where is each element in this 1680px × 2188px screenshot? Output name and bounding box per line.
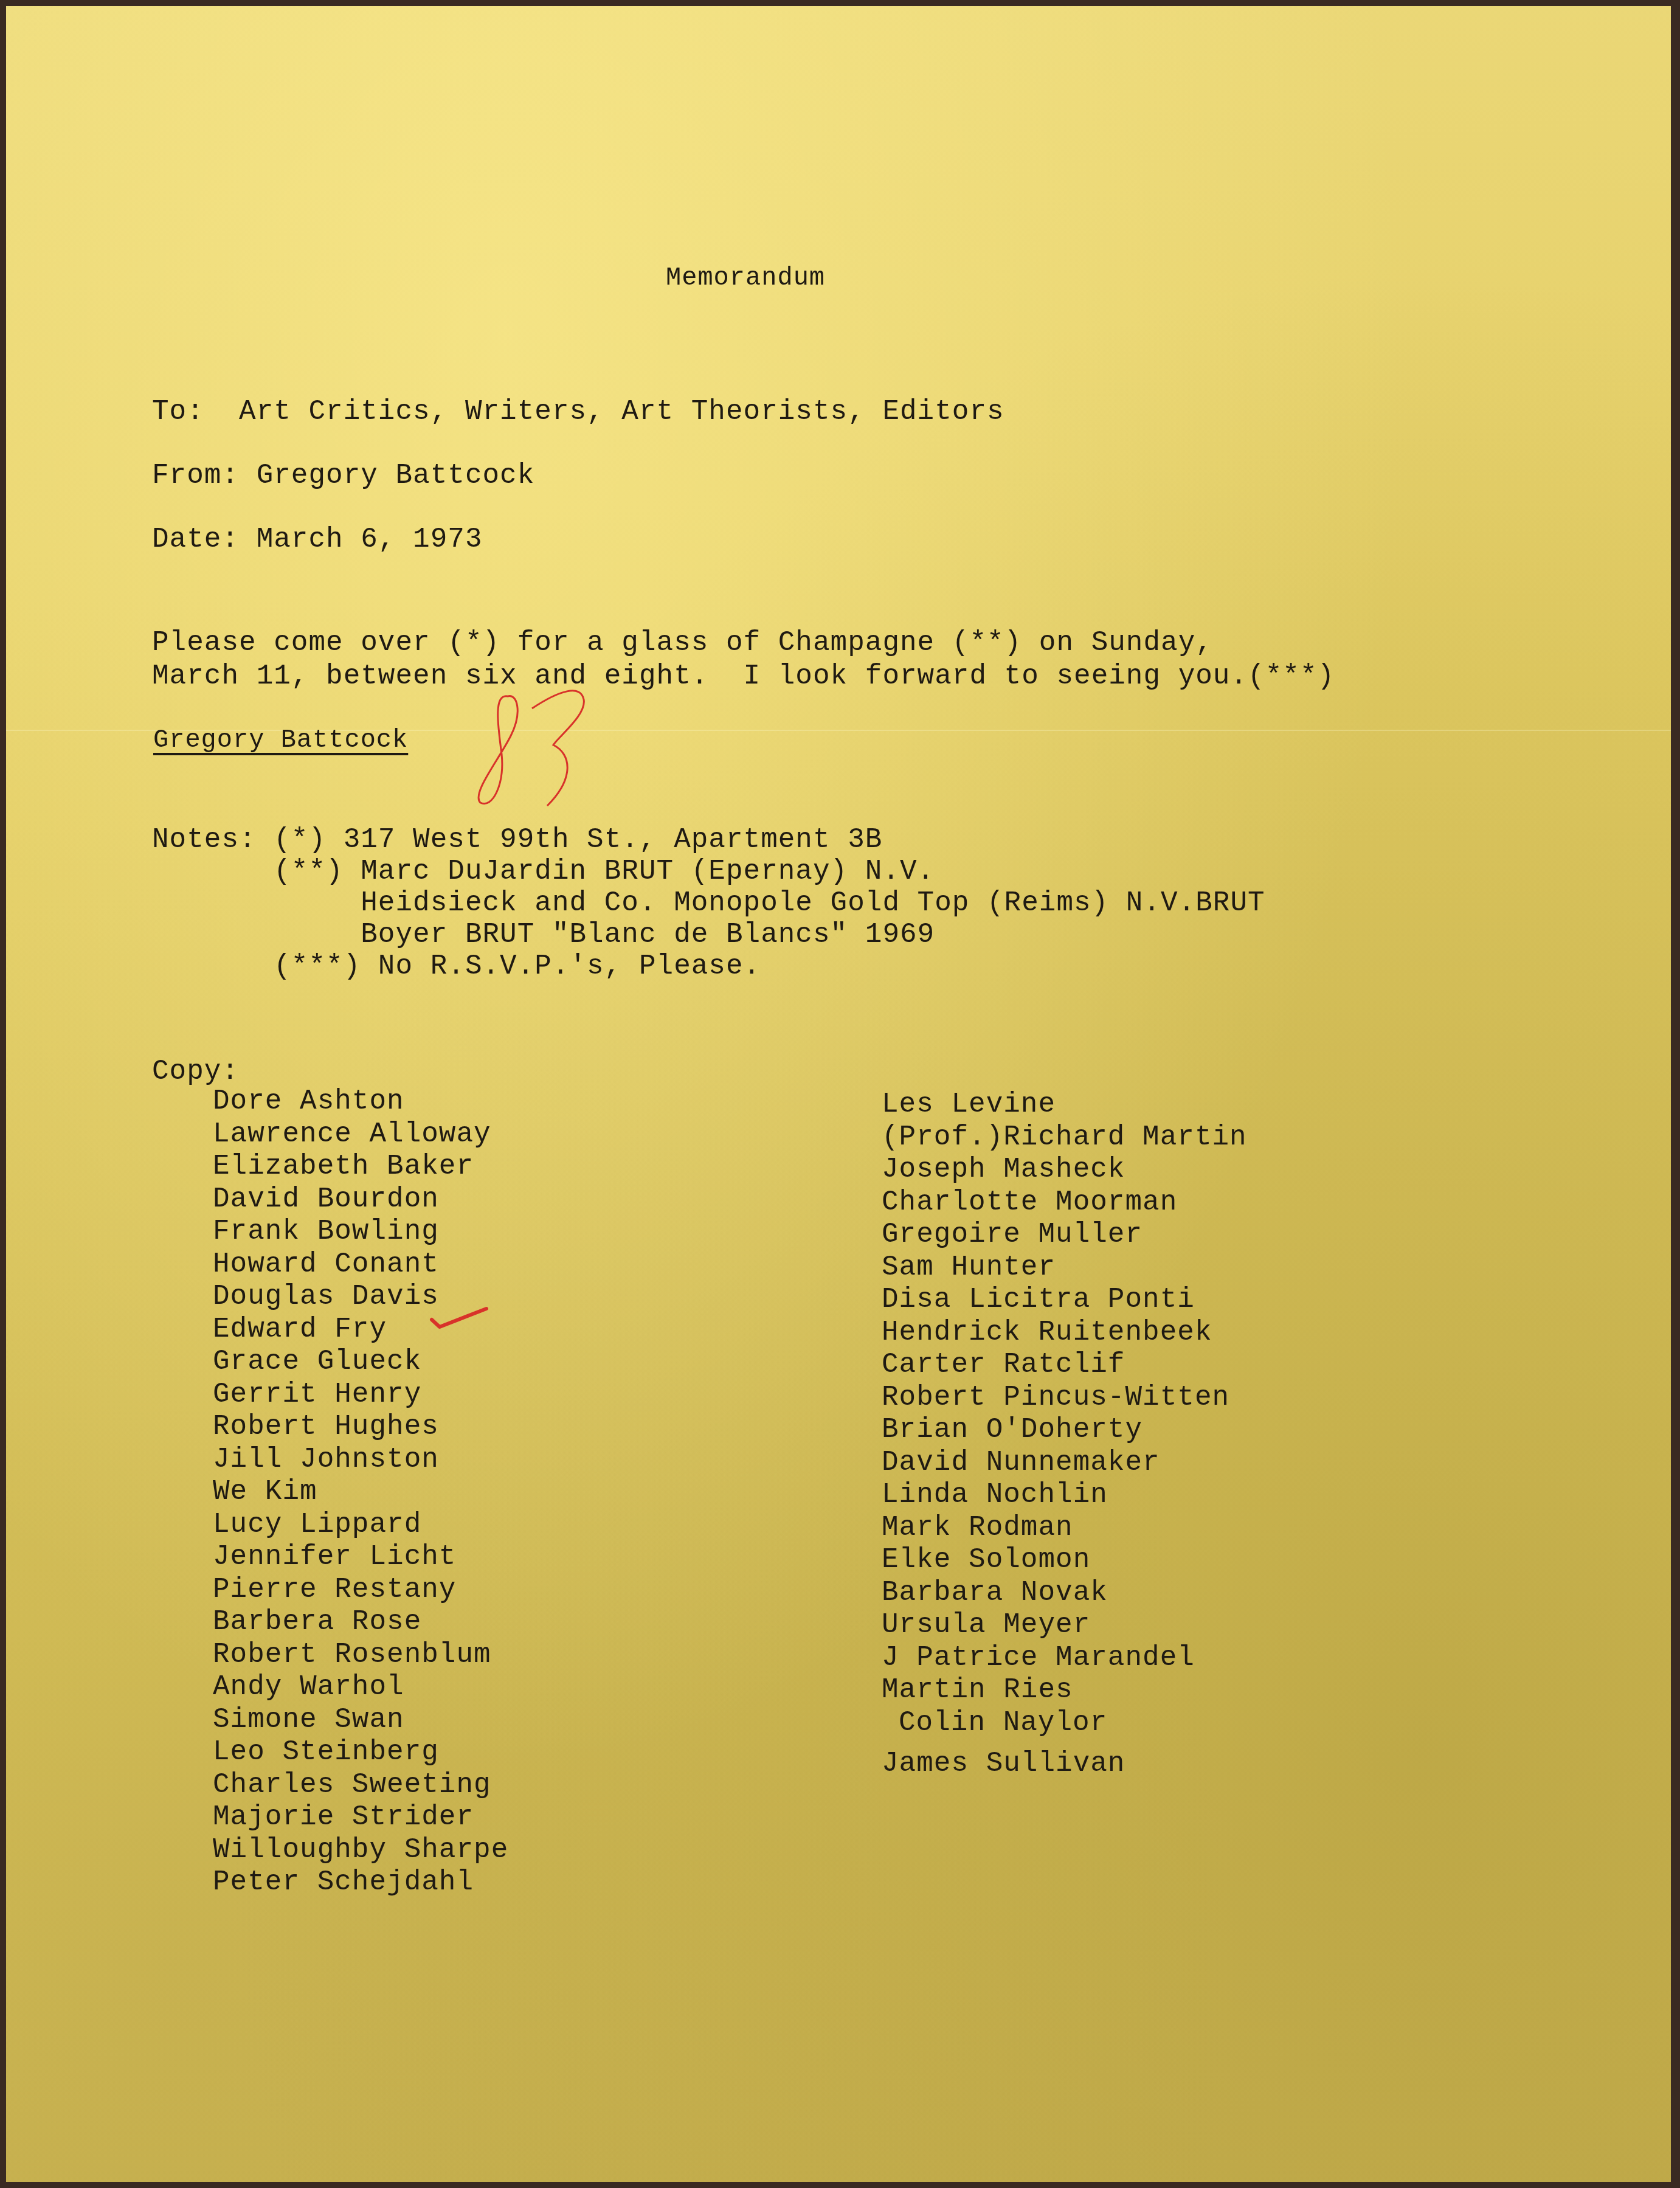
copy-recipient: Barbara Novak bbox=[882, 1577, 1247, 1610]
memo-date-line: Date: March 6, 1973 bbox=[152, 523, 483, 556]
copy-recipient: Elizabeth Baker bbox=[213, 1151, 508, 1183]
copy-recipient: Colin Naylor bbox=[882, 1707, 1247, 1740]
note-line: (**) Marc DuJardin BRUT (Epernay) N.V. bbox=[152, 856, 1265, 887]
copy-recipient: Robert Rosenblum bbox=[213, 1639, 508, 1672]
typed-signature: Gregory Battcock bbox=[153, 724, 408, 756]
copy-recipient: Hendrick Ruitenbeek bbox=[882, 1317, 1247, 1349]
copy-recipient: Jennifer Licht bbox=[213, 1541, 508, 1574]
note-line: Heidsieck and Co. Monopole Gold Top (Rei… bbox=[152, 887, 1265, 919]
memo-title: Memorandum bbox=[666, 261, 825, 294]
copy-recipient: Robert Pincus-Witten bbox=[882, 1382, 1247, 1414]
memo-from-line: From: Gregory Battcock bbox=[152, 459, 534, 492]
copy-recipient: Elke Solomon bbox=[882, 1544, 1247, 1577]
copy-recipient: J Patrice Marandel bbox=[882, 1642, 1247, 1675]
copy-recipient: Willoughby Sharpe bbox=[213, 1834, 508, 1867]
copy-recipient: Les Levine bbox=[882, 1089, 1247, 1121]
copy-recipient: David Bourdon bbox=[213, 1183, 508, 1216]
red-checkmark-icon bbox=[429, 1301, 489, 1332]
copy-recipient: Dore Ashton bbox=[213, 1085, 508, 1118]
copy-recipient: Sam Hunter bbox=[882, 1252, 1247, 1284]
copy-recipient: Robert Hughes bbox=[213, 1411, 508, 1444]
copy-recipient: Barbera Rose bbox=[213, 1606, 508, 1639]
copy-recipient: Charlotte Moorman bbox=[882, 1186, 1247, 1219]
copy-recipient: Majorie Strider bbox=[213, 1801, 508, 1834]
copy-recipient: James Sullivan bbox=[882, 1748, 1247, 1781]
copy-recipient: We Kim bbox=[213, 1476, 508, 1509]
copy-recipient: Frank Bowling bbox=[213, 1216, 508, 1248]
copy-list-left: Dore AshtonLawrence AllowayElizabeth Bak… bbox=[213, 1085, 508, 1899]
copy-recipient: Martin Ries bbox=[882, 1674, 1247, 1707]
copy-list-right: Les Levine(Prof.)Richard MartinJoseph Ma… bbox=[882, 1089, 1247, 1781]
copy-recipient: Peter Schejdahl bbox=[213, 1866, 508, 1899]
note-line: (***) No R.S.V.P.'s, Please. bbox=[152, 950, 1265, 982]
copy-recipient: Grace Glueck bbox=[213, 1346, 508, 1379]
copy-recipient: Charles Sweeting bbox=[213, 1769, 508, 1802]
copy-recipient: Brian O'Doherty bbox=[882, 1414, 1247, 1447]
copy-recipient: Lawrence Alloway bbox=[213, 1118, 508, 1151]
note-line: Notes: (*) 317 West 99th St., Apartment … bbox=[152, 824, 1265, 856]
copy-recipient: Lucy Lippard bbox=[213, 1509, 508, 1542]
copy-recipient: Simone Swan bbox=[213, 1704, 508, 1737]
handwritten-83-annotation bbox=[474, 687, 608, 809]
copy-recipient: Gregoire Muller bbox=[882, 1219, 1247, 1252]
note-line: Boyer BRUT "Blanc de Blancs" 1969 bbox=[152, 919, 1265, 950]
copy-recipient: Pierre Restany bbox=[213, 1574, 508, 1607]
copy-recipient: Jill Johnston bbox=[213, 1444, 508, 1477]
copy-recipient: Mark Rodman bbox=[882, 1512, 1247, 1545]
copy-recipient: David Nunnemaker bbox=[882, 1447, 1247, 1480]
copy-recipient: Joseph Masheck bbox=[882, 1154, 1247, 1186]
copy-recipient: Leo Steinberg bbox=[213, 1736, 508, 1769]
copy-recipient: Disa Licitra Ponti bbox=[882, 1284, 1247, 1317]
copy-recipient: Ursula Meyer bbox=[882, 1609, 1247, 1642]
copy-recipient: (Prof.)Richard Martin bbox=[882, 1121, 1247, 1154]
copy-recipient: Andy Warhol bbox=[213, 1671, 508, 1704]
memo-body-line-1: Please come over (*) for a glass of Cham… bbox=[152, 626, 1213, 659]
copy-recipient: Gerrit Henry bbox=[213, 1379, 508, 1411]
copy-recipient: Howard Conant bbox=[213, 1248, 508, 1281]
copy-recipient: Linda Nochlin bbox=[882, 1479, 1247, 1512]
memo-body-line-2: March 11, between six and eight. I look … bbox=[152, 660, 1335, 693]
memo-to-line: To: Art Critics, Writers, Art Theorists,… bbox=[152, 395, 1004, 428]
copy-label: Copy: bbox=[152, 1055, 239, 1088]
notes-section: Notes: (*) 317 West 99th St., Apartment … bbox=[152, 824, 1265, 982]
copy-recipient: Carter Ratclif bbox=[882, 1349, 1247, 1382]
